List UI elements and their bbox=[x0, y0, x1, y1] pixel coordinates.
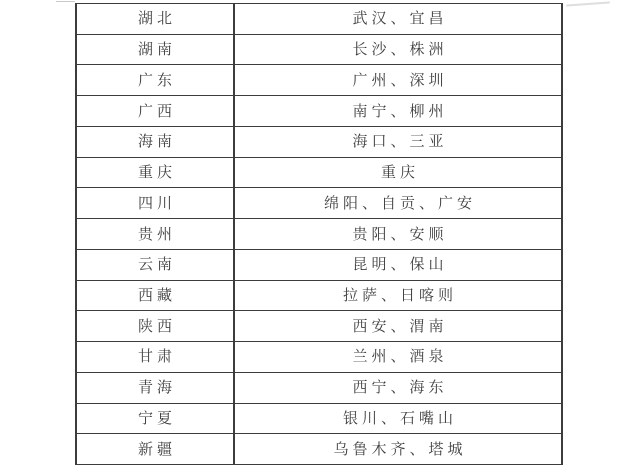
cities-text: 拉萨、日喀则 bbox=[343, 288, 457, 303]
province-text: 新疆 bbox=[138, 442, 176, 457]
cities-cell: 昆明、保山 bbox=[235, 250, 561, 280]
province-text: 湖南 bbox=[138, 42, 176, 57]
cities-text: 重庆 bbox=[381, 165, 419, 180]
cities-text: 长沙、株洲 bbox=[352, 42, 447, 57]
province-cell: 海南 bbox=[77, 127, 235, 157]
table-row: 陕西西安、渭南 bbox=[77, 311, 561, 342]
province-cell: 云南 bbox=[77, 250, 235, 280]
table-row: 重庆重庆 bbox=[77, 158, 561, 189]
cities-cell: 广州、深圳 bbox=[235, 65, 561, 95]
province-text: 广西 bbox=[138, 104, 176, 119]
table-row: 四川绵阳、自贡、广安 bbox=[77, 188, 561, 219]
province-cell: 四川 bbox=[77, 188, 235, 218]
cities-cell: 西宁、海东 bbox=[235, 373, 561, 403]
province-cell: 贵州 bbox=[77, 219, 235, 249]
cities-cell: 绵阳、自贡、广安 bbox=[235, 188, 561, 218]
table-row: 新疆乌鲁木齐、塔城 bbox=[77, 434, 561, 464]
province-text: 青海 bbox=[138, 380, 176, 395]
province-text: 云南 bbox=[138, 257, 176, 272]
table-row: 青海西宁、海东 bbox=[77, 373, 561, 404]
table-row: 西藏拉萨、日喀则 bbox=[77, 281, 561, 312]
province-cell: 甘肃 bbox=[77, 342, 235, 372]
cities-text: 乌鲁木齐、塔城 bbox=[333, 442, 466, 457]
province-text: 四川 bbox=[138, 196, 176, 211]
table-row: 湖北武汉、宜昌 bbox=[77, 4, 561, 35]
province-cell: 青海 bbox=[77, 373, 235, 403]
province-text: 西藏 bbox=[138, 288, 176, 303]
cities-cell: 海口、三亚 bbox=[235, 127, 561, 157]
cities-cell: 乌鲁木齐、塔城 bbox=[235, 434, 561, 464]
cities-text: 兰州、酒泉 bbox=[352, 349, 447, 364]
table-row: 云南昆明、保山 bbox=[77, 250, 561, 281]
cities-text: 武汉、宜昌 bbox=[352, 11, 447, 26]
cities-text: 西宁、海东 bbox=[352, 380, 447, 395]
province-cell: 湖北 bbox=[77, 4, 235, 34]
province-cell: 宁夏 bbox=[77, 404, 235, 434]
province-text: 贵州 bbox=[138, 227, 176, 242]
cities-cell: 武汉、宜昌 bbox=[235, 4, 561, 34]
province-text: 重庆 bbox=[138, 165, 176, 180]
province-text: 广东 bbox=[138, 73, 176, 88]
province-cell: 陕西 bbox=[77, 311, 235, 341]
table-row: 海南海口、三亚 bbox=[77, 127, 561, 158]
cities-cell: 兰州、酒泉 bbox=[235, 342, 561, 372]
table-row: 甘肃兰州、酒泉 bbox=[77, 342, 561, 373]
table-row: 广东广州、深圳 bbox=[77, 65, 561, 96]
cities-text: 海口、三亚 bbox=[352, 134, 447, 149]
cities-text: 南宁、柳州 bbox=[352, 104, 447, 119]
cities-text: 广州、深圳 bbox=[352, 73, 447, 88]
province-text: 宁夏 bbox=[138, 411, 176, 426]
province-cell: 广东 bbox=[77, 65, 235, 95]
province-text: 陕西 bbox=[138, 319, 176, 334]
province-cell: 重庆 bbox=[77, 158, 235, 188]
cities-text: 西安、渭南 bbox=[352, 319, 447, 334]
table-row: 广西南宁、柳州 bbox=[77, 96, 561, 127]
cities-cell: 贵阳、安顺 bbox=[235, 219, 561, 249]
cities-text: 贵阳、安顺 bbox=[352, 227, 447, 242]
province-cell: 西藏 bbox=[77, 281, 235, 311]
province-city-table: 湖北武汉、宜昌湖南长沙、株洲广东广州、深圳广西南宁、柳州海南海口、三亚重庆重庆四… bbox=[75, 3, 563, 465]
province-cell: 广西 bbox=[77, 96, 235, 126]
province-text: 海南 bbox=[138, 134, 176, 149]
cities-cell: 重庆 bbox=[235, 158, 561, 188]
table-row: 湖南长沙、株洲 bbox=[77, 35, 561, 66]
cropped-table-line-remnant-right bbox=[566, 1, 610, 6]
province-text: 甘肃 bbox=[138, 349, 176, 364]
cities-cell: 长沙、株洲 bbox=[235, 35, 561, 65]
table-row: 贵州贵阳、安顺 bbox=[77, 219, 561, 250]
cities-text: 绵阳、自贡、广安 bbox=[324, 196, 476, 211]
province-cell: 新疆 bbox=[77, 434, 235, 464]
cities-cell: 银川、石嘴山 bbox=[235, 404, 561, 434]
cities-cell: 西安、渭南 bbox=[235, 311, 561, 341]
cities-cell: 拉萨、日喀则 bbox=[235, 281, 561, 311]
cities-cell: 南宁、柳州 bbox=[235, 96, 561, 126]
province-text: 湖北 bbox=[138, 11, 176, 26]
page-background: 湖北武汉、宜昌湖南长沙、株洲广东广州、深圳广西南宁、柳州海南海口、三亚重庆重庆四… bbox=[0, 0, 640, 471]
cities-text: 昆明、保山 bbox=[352, 257, 447, 272]
province-cell: 湖南 bbox=[77, 35, 235, 65]
cropped-table-line-remnant-left bbox=[56, 1, 75, 2]
cities-text: 银川、石嘴山 bbox=[343, 411, 457, 426]
table-row: 宁夏银川、石嘴山 bbox=[77, 404, 561, 435]
